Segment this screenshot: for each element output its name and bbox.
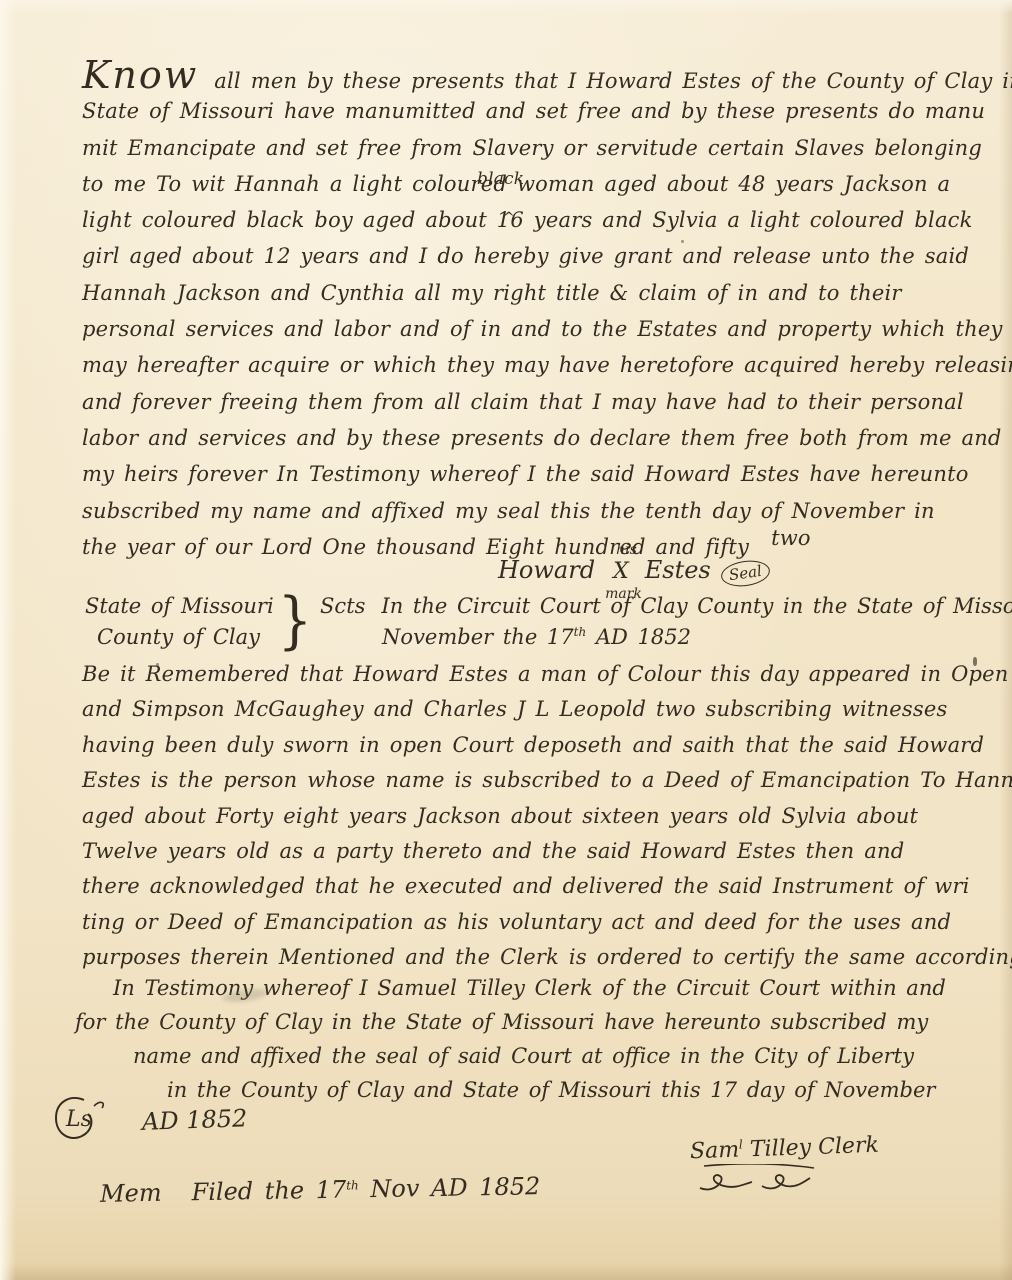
line-text: Be it Remembered that Howard Estes a man… xyxy=(82,662,1012,686)
signature-flourish xyxy=(696,1164,856,1202)
manuscript-page: Knowall men by these presents that I How… xyxy=(0,0,1012,1280)
signature-superscript: l xyxy=(739,1137,743,1151)
date-superscript: th xyxy=(574,625,587,639)
signature-last-name: Estes xyxy=(645,556,711,584)
line-text: labor and services and by these presents… xyxy=(82,426,1002,450)
his-label: his xyxy=(616,542,637,558)
line-text: personal services and labor and of in an… xyxy=(82,317,1003,341)
ink-speck xyxy=(973,657,977,666)
line-text: to me To wit Hannah a light coloured xyxy=(82,172,507,196)
line-text: light coloured black boy aged about 16 y… xyxy=(82,208,973,232)
scilicet-abbrev: Scts xyxy=(320,594,365,618)
line-text: ting or Deed of Emancipation as his volu… xyxy=(82,910,951,934)
line-text: name and affixed the seal of said Court … xyxy=(133,1044,914,1068)
manuscript-line: mit Emancipate and set free from Slavery… xyxy=(82,130,994,166)
line-text: all men by these presents that I Howard … xyxy=(214,69,1012,93)
line-text: and forever freeing them from all claim … xyxy=(82,390,964,414)
line-text: in the County of Clay and State of Misso… xyxy=(167,1078,935,1102)
line-text: mit Emancipate and set free from Slavery… xyxy=(82,136,982,160)
court-line: SctsIn the Circuit Court of Clay County … xyxy=(320,591,1012,622)
line-text: and Simpson McGaughey and Charles J L Le… xyxy=(82,697,947,721)
line-text: subscribed my name and affixed my seal t… xyxy=(82,499,935,523)
manuscript-line: my heirs forever In Testimony whereof I … xyxy=(82,456,994,492)
line-text: purposes therein Mentioned and the Clerk… xyxy=(82,945,1012,969)
line-text: aged about Forty eight years Jackson abo… xyxy=(82,804,918,828)
signature-text: Sam xyxy=(690,1138,740,1165)
memo-text-rest: Nov AD 1852 xyxy=(359,1172,541,1203)
manuscript-line: personal services and labor and of in an… xyxy=(82,311,994,347)
manuscript-line: State of Missouri have manumitted and se… xyxy=(82,93,994,129)
manuscript-line: Knowall men by these presents that I How… xyxy=(82,57,994,93)
flourish-icon xyxy=(696,1164,856,1198)
attestation-block: In Testimony whereof I Samuel Tilley Cle… xyxy=(75,971,1005,1107)
manuscript-line: name and affixed the seal of said Court … xyxy=(75,1039,1005,1073)
line-text: Twelve years old as a party thereto and … xyxy=(82,839,904,863)
manuscript-line: and Simpson McGaughey and Charles J L Le… xyxy=(82,692,1002,727)
manuscript-line: Estes is the person whose name is subscr… xyxy=(82,763,1002,798)
clerk-seal-scribble: Ls xyxy=(50,1092,112,1152)
his-mark-x: hisXmark xyxy=(613,559,629,584)
manuscript-line: In Testimony whereof I Samuel Tilley Cle… xyxy=(75,971,1005,1005)
venue-column: State of Missouri County of Clay xyxy=(85,591,274,653)
memo-word: Mem xyxy=(100,1179,162,1208)
caret-mark: ^ xyxy=(503,200,515,236)
seal-letters: Ls xyxy=(65,1107,92,1132)
manuscript-line: to me To wit Hannah a light colouredblac… xyxy=(82,166,994,202)
jurat-block: State of Missouri County of Clay } SctsI… xyxy=(85,591,1012,653)
manuscript-line: Twelve years old as a party thereto and … xyxy=(82,834,1002,869)
date-text: November the 17 xyxy=(382,625,574,649)
signature-samuel-tilley: Saml Tilley Clerk xyxy=(690,1133,880,1165)
manuscript-line: girl aged about 12 years and I do hereby… xyxy=(82,238,994,274)
venue-county: County of Clay xyxy=(85,622,274,653)
date-year: AD 1852 xyxy=(586,625,691,649)
manuscript-line: ting or Deed of Emancipation as his volu… xyxy=(82,905,1002,940)
line-text: may hereafter acquire or which they may … xyxy=(82,353,1012,377)
signature-howard-estes: HowardhisXmarkEstesSeal xyxy=(498,556,770,586)
manuscript-line: labor and services and by these presents… xyxy=(82,420,994,456)
manuscript-line: may hereafter acquire or which they may … xyxy=(82,347,994,383)
manuscript-line: for the County of Clay in the State of M… xyxy=(75,1005,1005,1039)
manuscript-line: there acknowledged that he executed and … xyxy=(82,869,1002,904)
signature-text-rest: Tilley Clerk xyxy=(742,1133,879,1163)
filing-memo: MemFiled the 17th Nov AD 1852 xyxy=(100,1172,541,1208)
seal-scrawl: Seal xyxy=(719,558,771,590)
memo-superscript: th xyxy=(346,1178,359,1192)
manuscript-line: light coloured black boy aged about 16 y… xyxy=(82,202,994,238)
ink-speck xyxy=(681,240,684,243)
clerk-certificate: Be it Remembered that Howard Estes a man… xyxy=(82,657,1002,976)
manuscript-line: aged about Forty eight years Jackson abo… xyxy=(82,799,1002,834)
line-text: Hannah Jackson and Cynthia all my right … xyxy=(82,281,902,305)
manuscript-line: Hannah Jackson and Cynthia all my right … xyxy=(82,275,994,311)
inserted-word: black xyxy=(477,161,524,197)
court-text: In the Circuit Court of Clay County in t… xyxy=(381,594,1012,618)
court-date-line: November the 17th AD 1852 xyxy=(320,622,1012,653)
mark-x: X xyxy=(613,559,629,584)
line-text: having been duly sworn in open Court dep… xyxy=(82,733,984,757)
signature-first-name: Howard xyxy=(498,556,595,584)
brace-mark: } xyxy=(278,587,312,656)
venue-state: State of Missouri xyxy=(85,591,274,622)
opening-initial-word: Know xyxy=(82,53,198,97)
line-text: Estes is the person whose name is subscr… xyxy=(82,768,1012,792)
memo-text: Filed the 17 xyxy=(191,1176,346,1207)
court-column: SctsIn the Circuit Court of Clay County … xyxy=(320,591,1012,653)
line-text: woman aged about 48 years Jackson a xyxy=(517,172,950,196)
line-text: for the County of Clay in the State of M… xyxy=(75,1010,928,1034)
ink-speck xyxy=(156,663,159,667)
manuscript-line: having been duly sworn in open Court dep… xyxy=(82,728,1002,763)
manuscript-line: subscribed my name and affixed my seal t… xyxy=(82,493,994,529)
line-text: State of Missouri have manumitted and se… xyxy=(82,99,985,123)
line-text: girl aged about 12 years and I do hereby… xyxy=(82,244,969,268)
manuscript-line: and forever freeing them from all claim … xyxy=(82,384,994,420)
seal-scribble-icon: Ls xyxy=(50,1092,112,1148)
manuscript-line: Be it Remembered that Howard Estes a man… xyxy=(82,657,1002,692)
ad-year-line: AD 1852 xyxy=(142,1104,248,1136)
manuscript-line: in the County of Clay and State of Misso… xyxy=(75,1073,1005,1107)
line-text: my heirs forever In Testimony whereof I … xyxy=(82,462,969,486)
raised-word: two xyxy=(771,526,811,550)
deed-body: Knowall men by these presents that I How… xyxy=(82,57,994,565)
line-text: there acknowledged that he executed and … xyxy=(82,874,970,898)
